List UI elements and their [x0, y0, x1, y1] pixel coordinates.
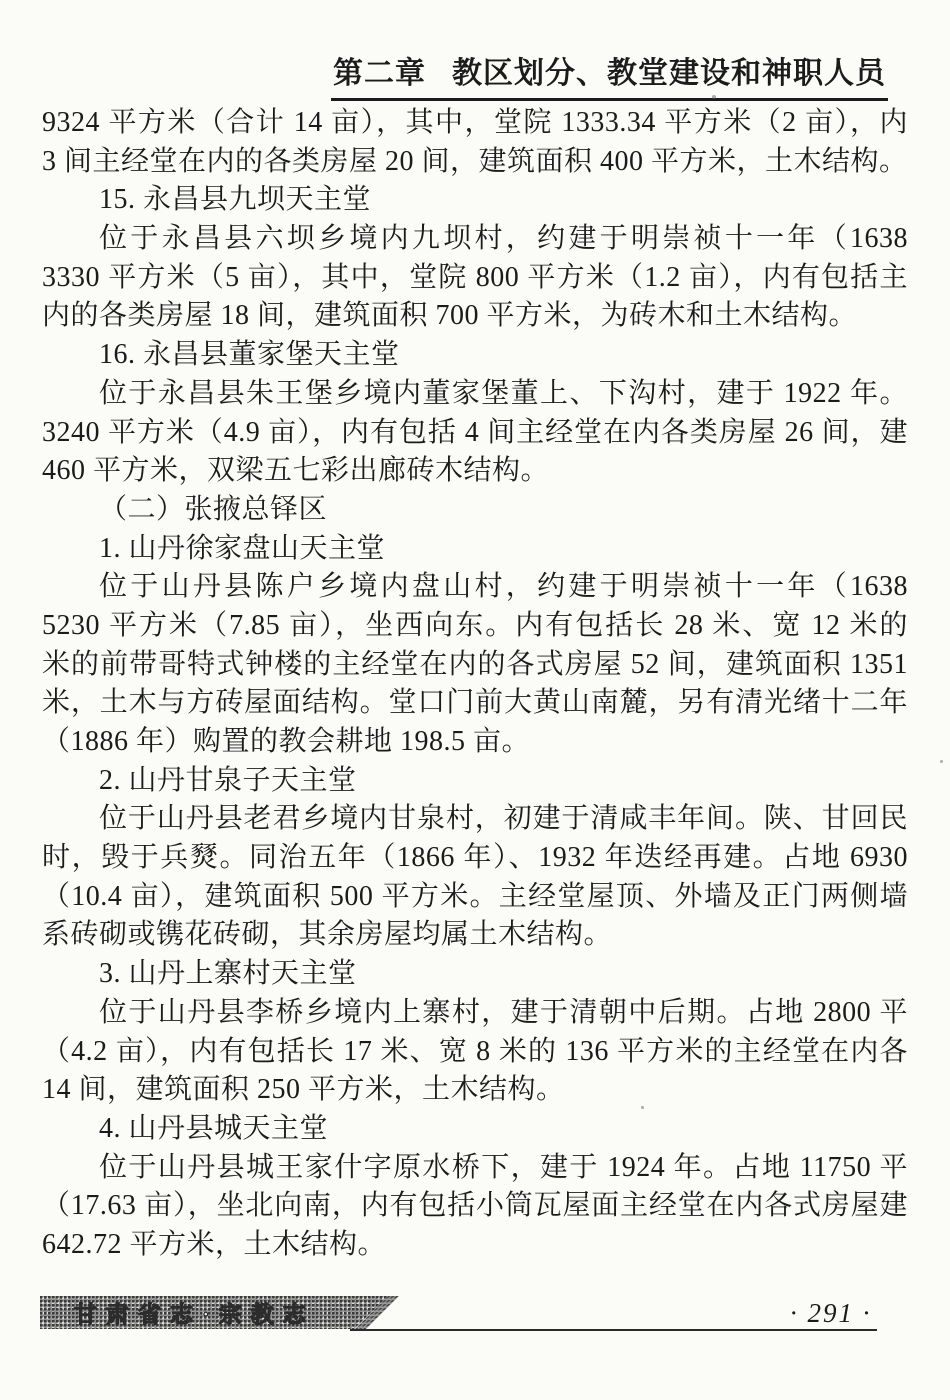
- text-line: 9324 平方米（合计 14 亩），其中，堂院 1333.34 平方米（2 亩）…: [42, 104, 908, 143]
- text-line: 460 平方米，双梁五七彩出廊砖木结构。: [42, 452, 908, 491]
- scan-speck: [940, 760, 943, 763]
- text-line: 3240 平方米（4.9 亩），内有包括 4 间主经堂在内各类房屋 26 间，建…: [42, 414, 908, 453]
- text-line: 3. 山丹上寨村天主堂: [42, 955, 908, 994]
- chapter-title: 教区划分、教堂建设和神职人员: [452, 57, 886, 90]
- scan-speck: [712, 95, 716, 99]
- text-line: 14 间，建筑面积 250 平方米，土木结构。: [42, 1071, 908, 1110]
- text-line: 内的各类房屋 18 间，建筑面积 700 平方米，为砖木和土木结构。: [42, 297, 908, 336]
- text-line: 15. 永昌县九坝天主堂: [42, 181, 908, 220]
- text-line: 642.72 平方米，土木结构。: [42, 1226, 908, 1265]
- text-line: 3330 平方米（5 亩），其中，堂院 800 平方米（1.2 亩），内有包括主…: [42, 259, 908, 298]
- page-number: · 291 ·: [790, 1298, 872, 1329]
- text-line: 位于永昌县六坝乡境内九坝村，约建于明崇祯十一年（1638 年）。占地: [42, 220, 908, 259]
- text-line: 1. 山丹徐家盘山天主堂: [42, 530, 908, 569]
- text-line: （4.2 亩），内有包括长 17 米、宽 8 米的 136 平方米的主经堂在内各…: [42, 1033, 908, 1072]
- text-line: 系砖砌或镌花砖砌，其余房屋均属土木结构。: [42, 916, 908, 955]
- text-line: （17.63 亩），坐北向南，内有包括小筒瓦屋面主经堂在内各式房屋建筑面积: [42, 1187, 908, 1226]
- text-line: 3 间主经堂在内的各类房屋 20 间，建筑面积 400 平方米，土木结构。: [42, 143, 908, 182]
- text-line: 位于山丹县陈户乡境内盘山村，约建于明崇祯十一年（1638 年）。占地: [42, 568, 908, 607]
- text-line: 米，土木与方砖屋面结构。堂口门前大黄山南麓，另有清光绪十二年: [42, 684, 908, 723]
- text-line: 位于山丹县城王家什字原水桥下，建于 1924 年。占地 11750 平方米: [42, 1149, 908, 1188]
- text-line: 5230 平方米（7.85 亩），坐西向东。内有包括长 28 米、宽 12 米的…: [42, 607, 908, 646]
- text-line: 16. 永昌县董家堡天主堂: [42, 336, 908, 375]
- footer-rule: [350, 1329, 877, 1331]
- footer-banner: 甘肃省志·宗教志: [40, 1296, 388, 1329]
- body-text: 9324 平方米（合计 14 亩），其中，堂院 1333.34 平方米（2 亩）…: [42, 104, 908, 1265]
- chapter-number: 第二章: [333, 57, 426, 90]
- text-line: （1886 年）购置的教会耕地 198.5 亩。: [42, 723, 908, 762]
- text-line: 位于山丹县李桥乡境内上寨村，建于清朝中后期。占地 2800 平方米: [42, 994, 908, 1033]
- scan-speck: [641, 1106, 644, 1109]
- book-title: 甘肃省志·宗教志: [40, 1296, 315, 1329]
- text-line: （10.4 亩），建筑面积 500 平方米。主经堂屋顶、外墙及正门两侧墙壁，均: [42, 878, 908, 917]
- scanned-book-page: 第二章教区划分、教堂建设和神职人员 9324 平方米（合计 14 亩），其中，堂…: [0, 0, 950, 1400]
- text-line: 2. 山丹甘泉子天主堂: [42, 762, 908, 801]
- text-line: 位于山丹县老君乡境内甘泉村，初建于清咸丰年间。陕、甘回民起义: [42, 800, 908, 839]
- text-line: 4. 山丹县城天主堂: [42, 1110, 908, 1149]
- text-line: 位于永昌县朱王堡乡境内董家堡董上、下沟村，建于 1922 年。占地: [42, 375, 908, 414]
- running-head: 第二章教区划分、教堂建设和神职人员: [331, 48, 888, 101]
- text-line: 米的前带哥特式钟楼的主经堂在内的各式房屋 52 间，建筑面积 1351 平方: [42, 646, 908, 685]
- text-line: 时，毁于兵燹。同治五年（1866 年）、1932 年迭经再建。占地 6930 平…: [42, 839, 908, 878]
- text-line: （二）张掖总铎区: [42, 491, 908, 530]
